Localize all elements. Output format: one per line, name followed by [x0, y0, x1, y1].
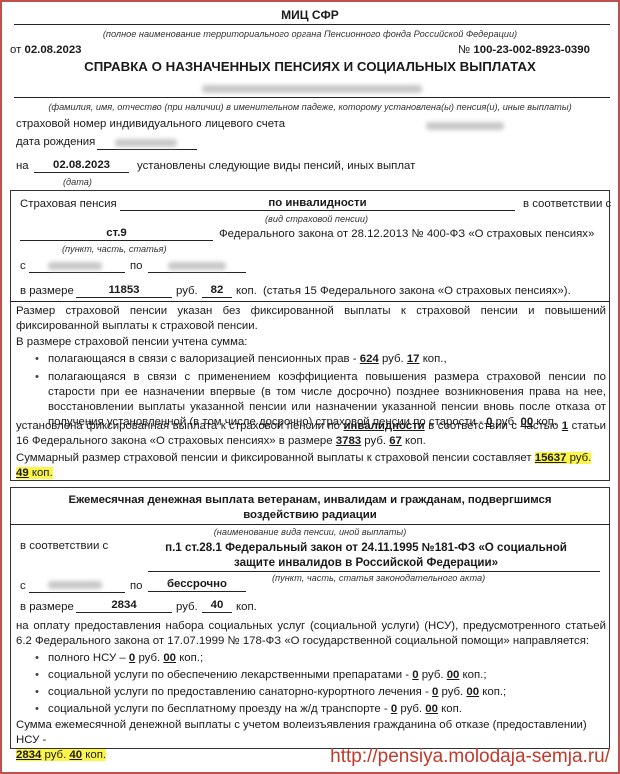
nsu-item: социальной услуги по бесплатному проезду… — [48, 702, 462, 717]
doc-number: № 100-23-002-8923-0390 — [458, 44, 590, 56]
edv-to-value: бессрочно — [148, 578, 246, 592]
edv-amount-rub: 2834 — [76, 599, 172, 613]
kop-label: коп. — [236, 285, 257, 297]
snils-label: страховой номер индивидуального лицевого… — [16, 118, 285, 130]
edv-kop-label: коп. — [236, 601, 257, 613]
edv-law-caption: (пункт, часть, статья законодательного а… — [272, 573, 485, 583]
edv-law: п.1 ст.28.1 Федеральный закон от 24.11.1… — [148, 540, 584, 570]
pension-from-label: с — [20, 260, 26, 272]
on-text: установлены следующие виды пенсий, иных … — [137, 160, 415, 172]
fixed-payment-text: установлена фиксированная выплата к стра… — [16, 419, 606, 449]
on-caption: (дата) — [63, 177, 92, 187]
redacted-from-date — [48, 262, 102, 270]
pension-article: ст.9 — [20, 227, 213, 241]
pension-amount-label: в размере — [20, 285, 74, 297]
pension-note-included: В размере страховой пенсии учтена сумма: — [16, 336, 247, 348]
page-title: СПРАВКА О НАЗНАЧЕННЫХ ПЕНСИЯХ И СОЦИАЛЬН… — [0, 59, 620, 74]
pension-law: Федерального закона от 28.12.2013 № 400-… — [219, 228, 594, 240]
birth-label: дата рождения — [16, 136, 95, 148]
pension-type: по инвалидности — [120, 197, 515, 211]
redacted-to-date — [168, 262, 226, 270]
redacted-snils — [426, 122, 504, 130]
edv-title: Ежемесячная денежная выплата ветеранам, … — [30, 493, 590, 523]
on-date: 02.08.2023 — [34, 159, 129, 173]
nsu-item: социальной услуги по предоставлению сана… — [48, 685, 506, 700]
pension-amount-kop: 82 — [202, 284, 232, 298]
doc-date: от 02.08.2023 — [10, 44, 82, 56]
edv-amount-label: в размере — [20, 601, 74, 613]
pension-type-caption: (вид страховой пенсии) — [265, 214, 368, 224]
rub-label: руб. — [176, 285, 198, 297]
edv-from-label: с — [20, 580, 26, 592]
pension-note-fixed: Размер страховой пенсии указан без фикси… — [16, 304, 606, 334]
org-caption: (полное наименование территориального ор… — [0, 29, 620, 39]
total-pension-text: Суммарный размер страховой пенсии и фикс… — [16, 451, 606, 481]
org-name: МИЦ СФР — [0, 8, 620, 22]
edv-sum-kop: 40 — [69, 749, 82, 761]
name-caption: (фамилия, имя, отчество (при наличии) в … — [0, 102, 620, 112]
total-kop: 49 — [16, 467, 29, 479]
nsu-item: полного НСУ – 0 руб. 00 коп.; — [48, 651, 203, 666]
edv-title-caption: (наименование вида пенсии, иной выплаты) — [0, 527, 620, 537]
pension-amount-rub: 11853 — [76, 284, 172, 298]
nsu-item: социальной услуги по обеспечению лекарст… — [48, 668, 487, 683]
redacted-birth-date — [115, 139, 177, 147]
redacted-edv-from-date — [48, 581, 102, 589]
pension-amount-note: (статья 15 Федерального закона «О страхо… — [263, 285, 571, 297]
on-label: на — [16, 160, 29, 172]
pension-label: Страховая пенсия — [20, 198, 117, 210]
redacted-full-name — [202, 85, 422, 93]
watermark-url[interactable]: http://pensiya.molodaja-semja.ru/ — [330, 746, 610, 768]
pension-accordance: в соответствии с — [523, 198, 611, 210]
pension-article-caption: (пункт, часть, статья) — [62, 244, 167, 254]
edv-rub-label: руб. — [176, 601, 198, 613]
edv-to-label: по — [130, 580, 143, 592]
edv-amount-kop: 40 — [202, 599, 232, 613]
pension-to-label: по — [130, 260, 143, 272]
total-rub: 15637 — [535, 452, 567, 464]
edv-accordance: в соответствии с — [20, 540, 108, 552]
edv-sum-rub: 2834 — [16, 749, 41, 761]
bullet-valorization: полагающаяся в связи с валоризацией пенс… — [48, 352, 447, 367]
nsu-text: на оплату предоставления набора социальн… — [16, 619, 606, 649]
